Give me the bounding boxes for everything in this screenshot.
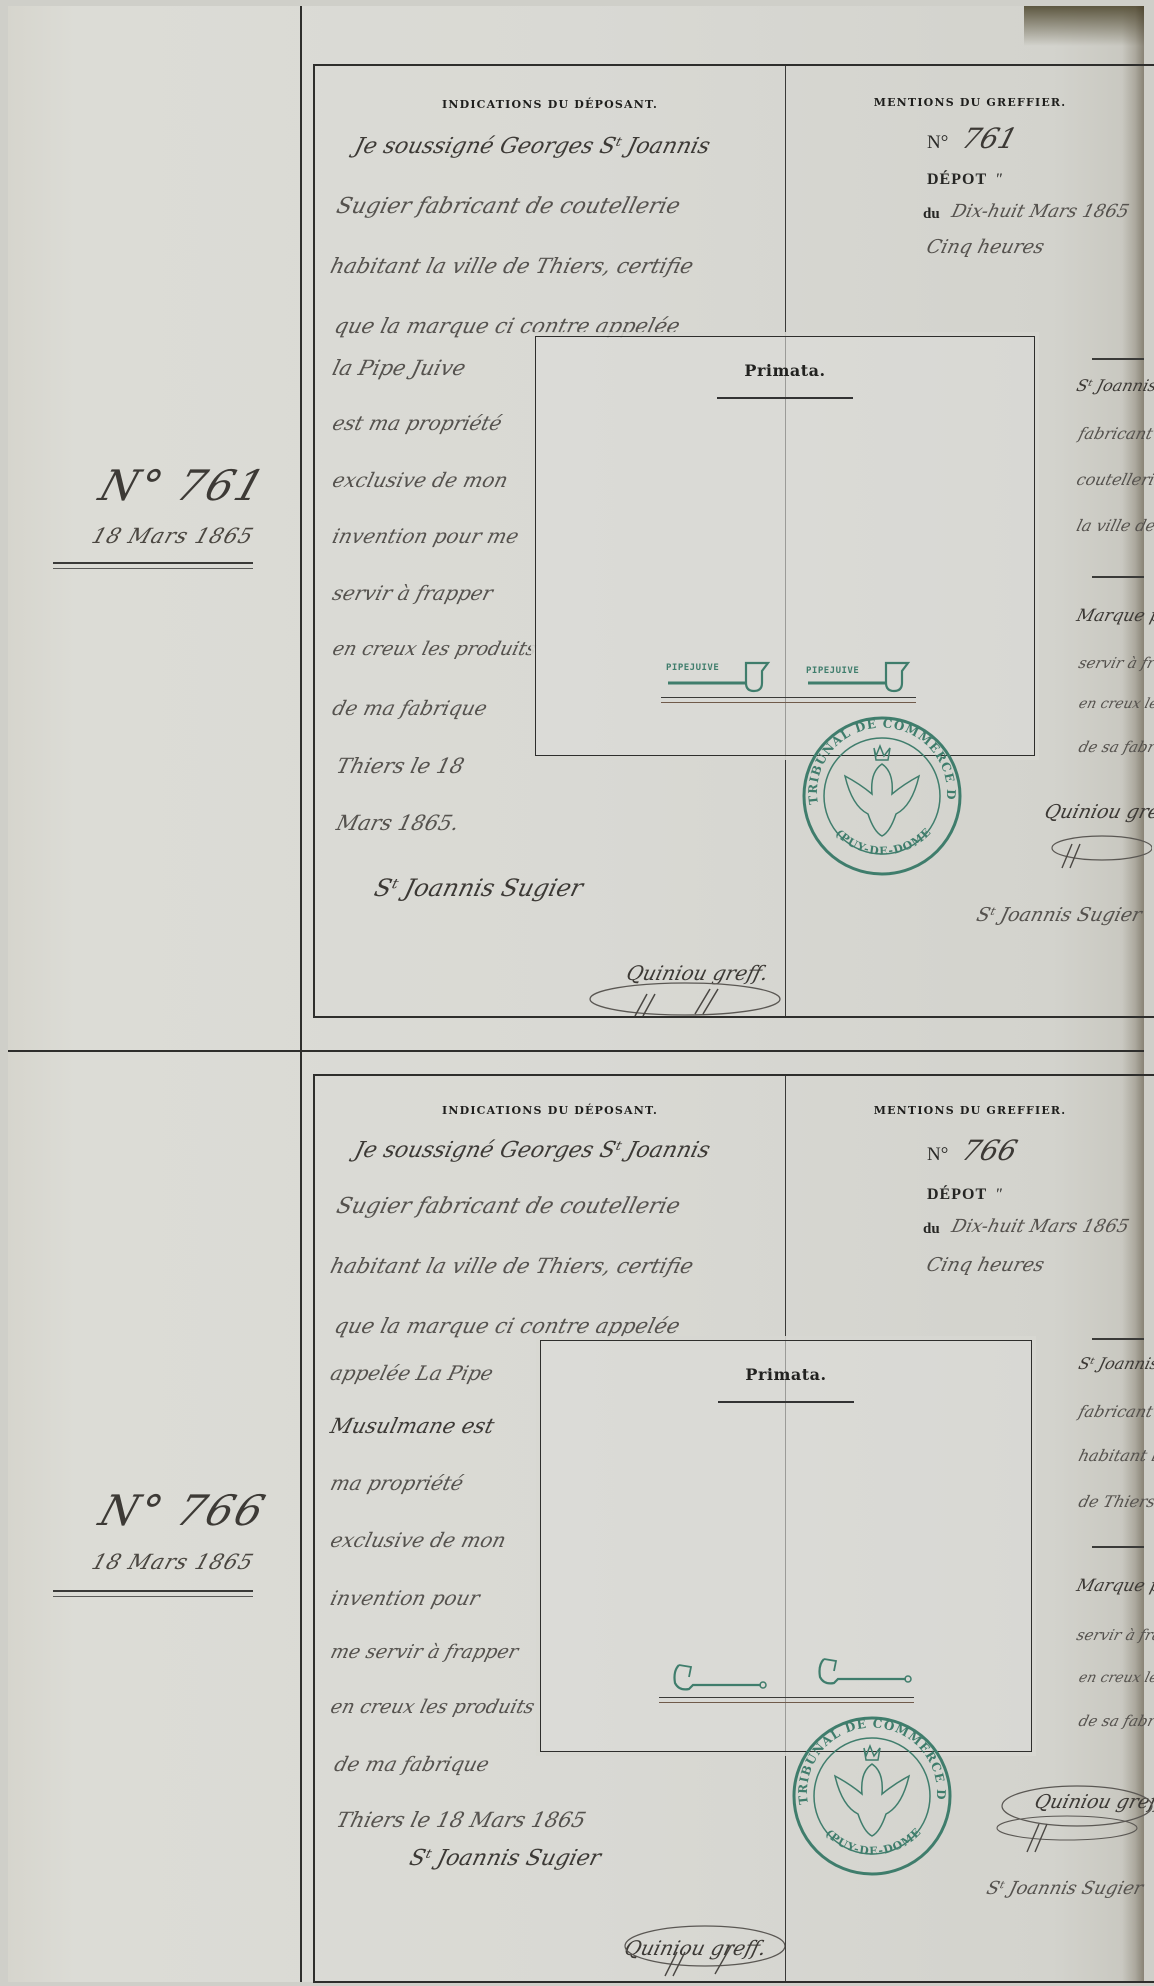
greffier-note: habitant la ville [1077, 1446, 1154, 1465]
deposant-line: Thiers le 18 Mars 1865 [334, 1808, 588, 1832]
greffier-header: MENTIONS DU GREFFIER. [787, 96, 1153, 109]
register-page: N° 761 18 Mars 1865 INDICATIONS DU DÉPOS… [8, 6, 1144, 1982]
greffier-number: 761 [958, 122, 1021, 155]
register-entry-761: N° 761 18 Mars 1865 INDICATIONS DU DÉPOS… [8, 6, 1144, 1050]
deposant-line: Sugier fabricant de coutellerie [334, 1194, 683, 1219]
deposant-line: me servir à frapper [328, 1641, 520, 1663]
signature-flourish [575, 964, 785, 1024]
greffier-note: Sᵗ Joannis Sugier [1077, 1354, 1154, 1373]
greffier-note: de sa fabrique [1077, 738, 1154, 756]
greffier-note: fabricant de [1077, 424, 1154, 443]
depositor-signature-right: Sᵗ Joannis Sugier [984, 1878, 1145, 1899]
number-label: N° [927, 132, 948, 153]
depot-time: Cinq heures [924, 236, 1046, 258]
deposant-header: INDICATIONS DU DÉPOSANT. [315, 98, 785, 111]
title-underline [718, 1401, 854, 1403]
specimen-base-rule [661, 697, 916, 703]
short-rule [1092, 1338, 1144, 1340]
greffier-note: Marque pour [1075, 606, 1154, 626]
register-entry-766: N° 766 18 Mars 1865 INDICATIONS DU DÉPOS… [8, 1054, 1144, 1982]
ditto-mark: " [995, 1186, 1003, 1203]
deposant-line: invention pour [328, 1586, 482, 1610]
du-label: du [923, 206, 940, 223]
trademark-specimen-box: Primata. PIPEJUIVE PIPEJUIVE [535, 336, 1035, 756]
signature-flourish [585, 1916, 785, 1980]
deposant-line: la Pipe Juive [330, 356, 468, 380]
margin-cell: N° 766 18 Mars 1865 [8, 1054, 298, 1982]
specimen-title: Primata. [541, 1365, 1031, 1384]
margin-rule [53, 562, 253, 569]
margin-rule [53, 1590, 253, 1597]
greffier-note: de sa fabrique [1077, 1712, 1154, 1730]
greffier-number-line: N° 761 [927, 122, 1017, 155]
deposant-line: est ma propriété [330, 411, 505, 435]
deposant-line: que la marque ci contre appelée [332, 314, 683, 338]
du-label: du [923, 1221, 940, 1238]
greffier-header: MENTIONS DU GREFFIER. [787, 1104, 1153, 1117]
deposant-line: en creux les produits [328, 1696, 537, 1718]
greffier-note: la ville de Thiers [1075, 516, 1154, 535]
trademark-specimen-box: Primata. [540, 1340, 1032, 1752]
deposant-line: Je soussigné Georges Sᵗ Joannis [352, 1138, 713, 1163]
deposant-line: invention pour me [330, 524, 521, 548]
depot-line: DÉPOT" [927, 1186, 1003, 1204]
short-rule [1092, 1546, 1144, 1548]
deposant-line: de ma fabrique [330, 696, 490, 720]
short-rule [1092, 576, 1144, 578]
greffier-note: de Thiers [1077, 1492, 1154, 1511]
greffier-note: servir à frapper [1075, 1626, 1154, 1644]
deposant-line: exclusive de mon [328, 1528, 509, 1552]
specimen-base-rule [659, 1697, 914, 1703]
pipe-outline-imprint-icon [671, 1659, 771, 1695]
deposant-line: habitant la ville de Thiers, certifie [328, 254, 696, 278]
pipe-outline-imprint-icon [816, 1653, 916, 1689]
deposant-header: INDICATIONS DU DÉPOSANT. [315, 1104, 785, 1117]
greffier-number: 766 [958, 1134, 1021, 1167]
greffier-note: fabricant de cou- [1077, 1402, 1154, 1421]
signature-flourish [1022, 826, 1152, 876]
depot-line: DÉPOT" [927, 171, 1003, 189]
title-underline [717, 397, 853, 399]
court-stamp-icon: TRIBUNAL DE COMMERCE DE THIERS (PUY-DE-D… [800, 714, 965, 879]
pipe-imprint-icon [806, 657, 916, 697]
depot-label: DÉPOT [927, 171, 987, 188]
greffier-note: en creux les produits [1077, 696, 1154, 712]
court-stamp-icon: TRIBUNAL DE COMMERCE DE THIERS (PUY-DE-D… [790, 1714, 955, 1879]
deposant-line: Sugier fabricant de coutellerie [334, 194, 683, 219]
specimen-title: Primata. [536, 361, 1034, 380]
depot-date: Dix-huit Mars 1865 [949, 201, 1131, 222]
deposant-line: Musulmane est [328, 1414, 497, 1438]
number-label: N° [927, 1144, 948, 1165]
deposant-line: ma propriété [328, 1471, 466, 1495]
depositor-signature-right: Sᵗ Joannis Sugier [974, 904, 1144, 926]
deposant-line: en creux les produits [330, 638, 539, 660]
deposant-line: de ma fabrique [332, 1752, 492, 1776]
margin-entry-number: N° 761 [60, 461, 306, 510]
greffier-number-line: N° 766 [927, 1134, 1017, 1167]
greffier-note: Sᵗ Joannis Sugier [1075, 376, 1154, 395]
margin-entry-date: 18 Mars 1865 [44, 1550, 302, 1574]
pipe-imprint-icon [666, 657, 776, 697]
ditto-mark: " [995, 171, 1003, 188]
greffier-note: coutellerie habitant [1075, 470, 1154, 489]
clerk-signature: Quiniou greff. [1042, 801, 1154, 823]
deposant-line: Je soussigné Georges Sᵗ Joannis [352, 134, 713, 159]
deposant-line: Thiers le 18 [334, 754, 467, 778]
deposant-line: habitant la ville de Thiers, certifie [328, 1254, 696, 1278]
depot-label: DÉPOT [927, 1186, 987, 1203]
greffier-note: Marque pour [1075, 1576, 1154, 1596]
deposant-signature: Sᵗ Joannis Sugier [372, 874, 586, 902]
margin-cell: N° 761 18 Mars 1865 [8, 6, 298, 1050]
short-rule [1092, 358, 1144, 360]
deposant-line: appelée La Pipe [328, 1361, 496, 1385]
signature-flourish [977, 1776, 1154, 1856]
deposant-signature: Sᵗ Joannis Sugier [407, 1846, 603, 1871]
deposant-line: exclusive de mon [330, 468, 511, 492]
deposant-line: servir à frapper [330, 581, 495, 605]
margin-entry-number: N° 766 [60, 1486, 306, 1535]
greffier-note: servir à frapper [1077, 654, 1154, 672]
margin-entry-date: 18 Mars 1865 [44, 524, 302, 548]
depot-time: Cinq heures [924, 1254, 1046, 1276]
greffier-note: en creux les produits [1077, 1670, 1154, 1686]
depot-date: Dix-huit Mars 1865 [949, 1216, 1131, 1237]
deposant-line: que la marque ci contre appelée [332, 1314, 683, 1338]
entry-divider [8, 1050, 1144, 1052]
deposant-line: Mars 1865. [334, 811, 462, 835]
